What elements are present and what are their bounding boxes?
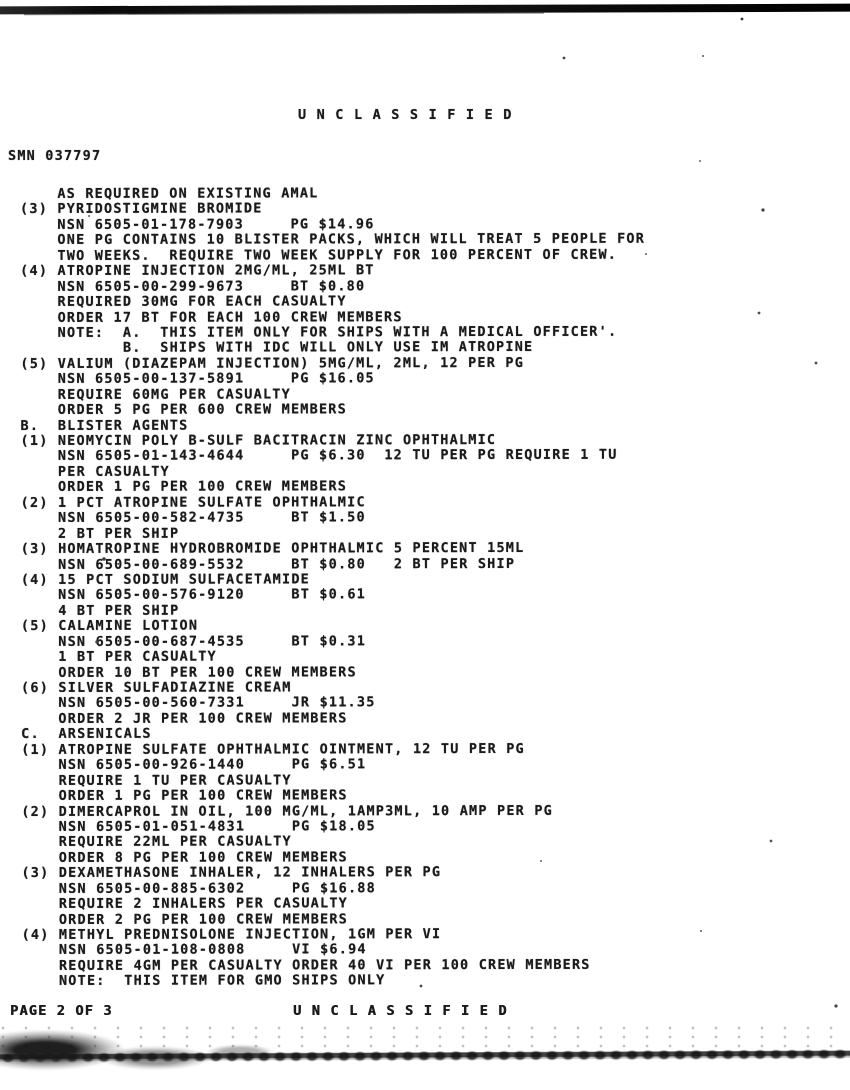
scan-artifact-top-bar [0, 4, 850, 15]
document-line: (5) CALAMINE LOTION [21, 618, 646, 635]
classification-header: U N C L A S S I F I E D [298, 107, 513, 123]
document-line: NSN 6505-01-051-4831 PG $18.05 [21, 819, 646, 836]
document-line: NSN 6505-00-687-4535 BT $0.31 [21, 633, 646, 650]
document-line: REQUIRED 30MG FOR EACH CASUALTY [20, 294, 645, 311]
document-line: NSN 6505-00-926-1440 PG $6.51 [21, 757, 646, 774]
document-line: ORDER 2 JR PER 100 CREW MEMBERS [21, 711, 646, 728]
document-line: (4) ATROPINE INJECTION 2MG/ML, 25ML BT [20, 263, 645, 280]
scan-speckles [0, 0, 2, 2]
document-line: REQUIRE 2 INHALERS PER CASUALTY [21, 896, 646, 913]
document-line: NSN 6505-01-143-4644 PG $6.30 12 TU PER … [21, 448, 646, 465]
document-line: REQUIRE 22ML PER CASUALTY [21, 834, 646, 851]
document-line: NSN 6505-00-689-5532 BT $0.80 2 BT PER S… [21, 556, 646, 573]
document-line: ORDER 10 BT PER 100 CREW MEMBERS [21, 664, 646, 681]
footer-classification: U N C L A S S I F I E D [293, 1003, 508, 1019]
scanned-page: U N C L A S S I F I E D SMN 037797 AS RE… [0, 0, 850, 1090]
document-line: NSN 6505-00-582-4735 BT $1.50 [21, 510, 646, 527]
document-line: 4 BT PER SHIP [21, 603, 646, 620]
scan-artifact-bottom-band [0, 1044, 850, 1066]
document-line: NSN 6505-00-576-9120 BT $0.61 [21, 587, 646, 604]
document-line: AS REQUIRED ON EXISTING AMAL [20, 186, 645, 203]
message-id: SMN 037797 [8, 148, 101, 164]
document-line: 1 BT PER CASUALTY [21, 649, 646, 666]
document-line: C. ARSENICALS [21, 726, 646, 743]
document-line: B. SHIPS WITH IDC WILL ONLY USE IM ATROP… [20, 340, 645, 357]
document-line: ORDER 1 PG PER 100 CREW MEMBERS [21, 479, 646, 496]
footer-page-label: PAGE 2 OF 3 [10, 1003, 113, 1019]
document-body: AS REQUIRED ON EXISTING AMAL(3) PYRIDOST… [20, 186, 647, 990]
document-line: NSN 6505-00-137-5891 PG $16.05 [20, 371, 645, 388]
document-line: NOTE: THIS ITEM FOR GMO SHIPS ONLY [22, 973, 647, 990]
document-line: (3) HOMATROPINE HYDROBROMIDE OPHTHALMIC … [21, 541, 646, 558]
document-line: ORDER 5 PG PER 600 CREW MEMBERS [20, 402, 645, 419]
document-line: (3) DEXAMETHASONE INHALER, 12 INHALERS P… [21, 865, 646, 882]
